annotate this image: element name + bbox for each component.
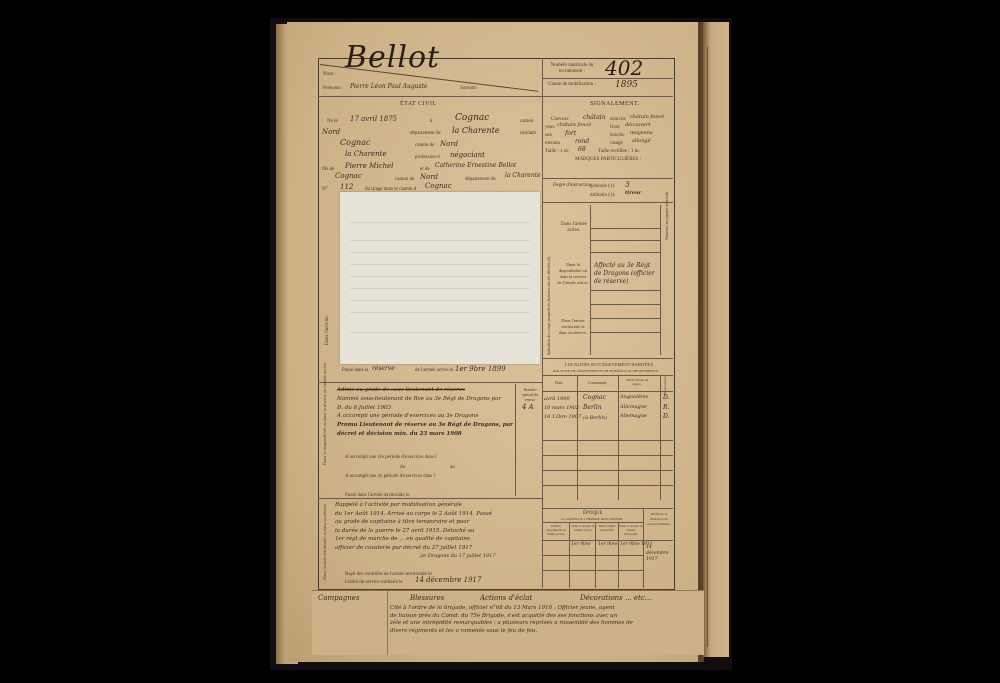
label-armee-active: Dans l'armée active. [560, 222, 588, 234]
label-numero-matricule: Numéro matricule du recrutement : [547, 63, 597, 75]
sourcils-value: châtain foncé [630, 114, 664, 120]
col-header-communes: Communes. [588, 380, 607, 385]
label-profession: profession d [415, 155, 440, 160]
canton-value: Nord [322, 128, 340, 136]
col-header-observations: Observations. [663, 376, 667, 395]
yeux-value: châtain foncé [557, 122, 591, 128]
label-ne-le: Né le [327, 119, 338, 124]
label-a: à [430, 119, 432, 124]
affectation-value: Affecté au 3e Régt de Dragons (officier … [594, 262, 658, 286]
bouche-value: moyenne [630, 130, 653, 136]
divider [318, 382, 542, 383]
label-canton-de: canton de [415, 143, 434, 148]
label-residant: résidant [520, 131, 536, 136]
departement-value: la Charente [452, 126, 500, 135]
label-canton: canton [520, 119, 533, 124]
visage-value: allongé [632, 138, 651, 144]
menton-value: rond [575, 138, 589, 145]
label-marques: MARQUES PARTICULIÈRES : [575, 157, 641, 162]
col-header-date: Date. [555, 380, 564, 385]
liberation-value: 14 décembre 1917 [646, 545, 672, 563]
divider [542, 202, 673, 203]
classe-value: 1895 [615, 80, 638, 90]
right-page-edge [703, 22, 729, 657]
matricule-number: 402 [605, 56, 643, 80]
divider [542, 358, 673, 359]
divider [318, 96, 543, 97]
signalement-title: SIGNALEMENT. [590, 101, 640, 107]
numero-tirage: 112 [340, 183, 353, 191]
divider [542, 508, 673, 509]
epoque-title: ÉPOQUE [583, 511, 603, 516]
label-libere: Libéré du service militaire le [345, 580, 403, 585]
header-actions-eclat: Actions d'éclat [480, 594, 532, 602]
divider [542, 96, 673, 97]
label-numeros-registre: Numéros au registre matricule [664, 191, 669, 240]
label-taille-rectifiee: Taille rectifiée : 1 m. [598, 149, 640, 154]
label-renvoi: Numéro spécial de renvoi [518, 387, 542, 402]
generale-value: 3 [625, 181, 629, 189]
label-sourcils: sourcils [610, 117, 626, 122]
profession-value: négociant [450, 151, 485, 159]
mere-value: Catherine Ernestine Bellot [435, 162, 516, 169]
canton-tirage: Cognac [425, 182, 452, 190]
taille-value: 68 [578, 146, 586, 153]
label-front: front [610, 125, 620, 130]
label-fils-de: fils de [322, 167, 334, 172]
departement-residence: la Charente [345, 150, 387, 158]
liberation-title: DATE de la libération du service militai… [646, 512, 672, 527]
canton-residence: Nord [440, 140, 458, 148]
divider [318, 498, 542, 499]
pere-value: Pierre Michel [345, 162, 393, 170]
etat-civil-title: ÉTAT CIVIL [400, 101, 437, 107]
passe-value: réserve [372, 365, 395, 372]
domicile-value: Cognac [335, 172, 362, 180]
label-bouche: bouche [610, 133, 624, 138]
citation-text: Cité à l'ordre de la brigade, officiel n… [390, 605, 633, 635]
renvoi-value: 4 A [522, 403, 534, 411]
front-value: découvert [625, 122, 650, 128]
label-departement2: département de [465, 177, 496, 182]
label-au: au [450, 465, 455, 470]
epoque-col-2: Dans la réserve de l'armée active. [571, 524, 595, 532]
label-menton: menton [545, 141, 560, 146]
vertical-label-territoriale: Dans l'armée territoriale et dans sa rés… [322, 503, 327, 580]
epoque-subtitle: À LAQUELLE L'HOMME DOIT PASSER [561, 517, 622, 521]
label-et-de: et de [420, 167, 430, 172]
header-decorations: Décorations ... etc... [580, 594, 651, 602]
date-naissance: 17 avril 1875 [350, 115, 397, 123]
label-militaire: militaire (1). [590, 193, 615, 198]
label-numero-tirage: N° [322, 187, 328, 192]
libere-value: 14 décembre 1917 [415, 576, 481, 584]
column-divider [515, 384, 516, 496]
label-disponibilite: Dans la disponibilité ou dans la réserve… [557, 262, 589, 286]
label-instruction: Degré d'instruction : [552, 183, 592, 195]
label-periode2: A accompli une 2e période d'exercices da… [345, 474, 435, 479]
departement-domicile: la Charente [505, 172, 541, 179]
label-du: du [400, 465, 405, 470]
header-blessures: Blessures [410, 594, 444, 602]
vertical-label-corps: Indication des corps auxquels les hommes… [546, 256, 551, 355]
label-classe: Classe de mobilisation : [547, 82, 597, 88]
label-generale: générale (1). [590, 184, 615, 189]
militaire-value: tireur [625, 190, 641, 196]
label-surnom: Surnom : [460, 86, 478, 91]
epoque-col-4: Dans la réserve de l'armée territoriale. [619, 524, 643, 536]
divider [542, 78, 673, 79]
localites-title: LOCALITÉS SUCCESSIVEMENT HABITÉES [565, 362, 653, 367]
cheveux-value: châtain [583, 114, 606, 121]
label-annee: de l'armée active le [415, 368, 454, 373]
epoque-col-3: Dans l'armée territoriale. [596, 524, 618, 532]
label-nez: nez [545, 133, 552, 138]
column-divider [660, 205, 661, 355]
localites-subtitle: PAR SUITE DE CHANGEMENTS DE DOMICILE OU … [553, 369, 659, 373]
territoriale-notes: Rappelé à l'activité par mobilisation gé… [335, 501, 492, 552]
prenoms-value: Pierre Léon Paul Auguste [350, 83, 428, 90]
vertical-label-dans-l-activite: Dans l'activité. [325, 315, 330, 345]
divider [542, 178, 673, 179]
label-visage: visage [610, 141, 623, 146]
epoque-col-1: Dans la disponibilité de l'armée active. [544, 524, 568, 536]
label-taille: Taille : 1 m. [545, 149, 569, 154]
label-canton2: canton de [395, 177, 414, 182]
periode-value: 2e Dragons du 17 juillet 1917 [420, 553, 496, 559]
canton-domicile: Nord [420, 173, 438, 181]
label-territoriale: Dans l'armée territoriale et dans sa rés… [557, 318, 589, 336]
col-header-subdivision: Subdivisions de région. [622, 378, 652, 386]
lieu-naissance: Cognac [455, 113, 489, 123]
label-nom: Nom : [323, 72, 336, 77]
label-yeux: yeux [545, 125, 555, 130]
vertical-label-disponibilite: Dans la disponibilité ou dans la réserve… [322, 362, 327, 465]
disponibilite-notes: Admis au grade de sous-lieutenant de rés… [337, 386, 513, 439]
campagnes-label: Campagnes [318, 594, 360, 602]
pasted-paper-slip [340, 192, 540, 364]
label-departement: département de [410, 131, 441, 136]
nez-value: fort [565, 130, 576, 137]
label-passe-dans: Passé dans la [342, 368, 368, 373]
annee-value: 1er 9bre 1899 [455, 365, 506, 373]
label-prenoms: Prénoms : [323, 86, 343, 91]
residant-value: Cognac [340, 138, 370, 147]
label-periode1: A accompli une 1re période d'exercices d… [345, 455, 437, 460]
